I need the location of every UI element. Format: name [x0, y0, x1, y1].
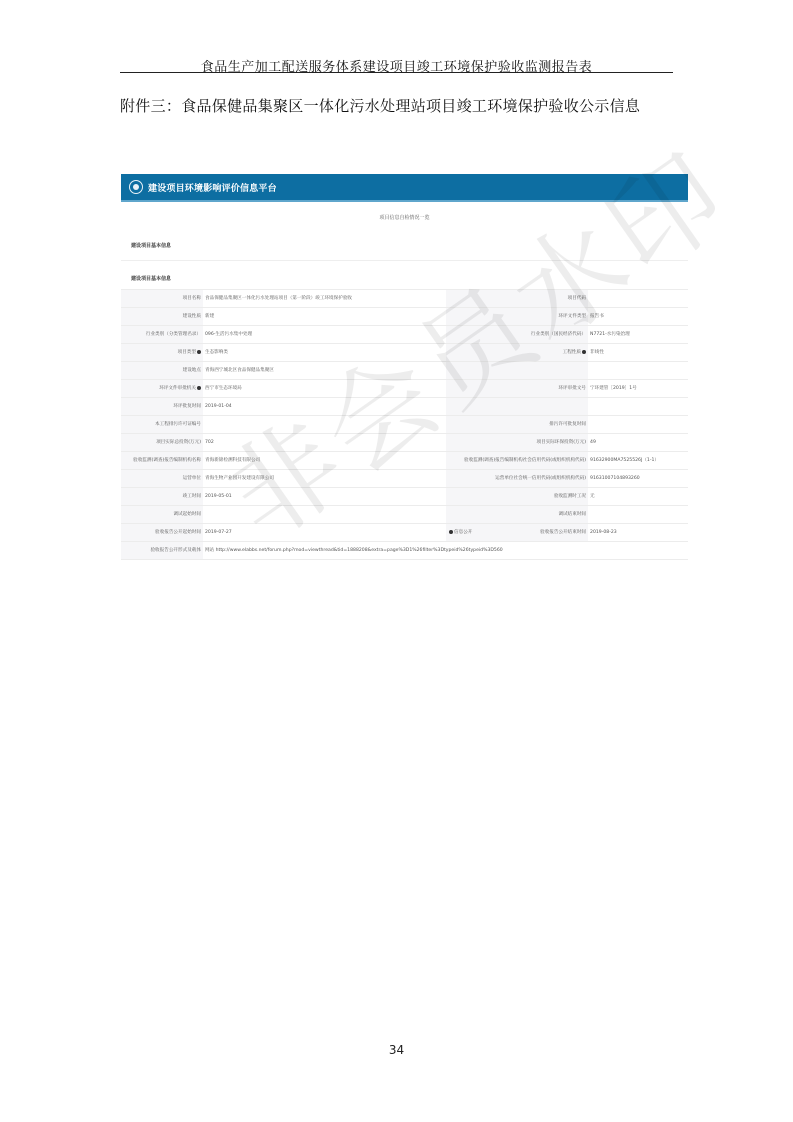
page-subtitle: 项目信息自检情况一览 — [121, 214, 688, 222]
field-label-cell: 工程性质 — [446, 344, 588, 362]
table-row: 建设地点青海西宁城北区食品保健品集聚区 — [121, 362, 688, 380]
field-label-cell: 排污许可批复时间 — [446, 416, 588, 434]
field-value — [588, 506, 688, 524]
field-label: 验收报告公开形式及载体 — [121, 542, 203, 560]
table-row: 行业类别（分类管理名录）096-生活污水集中处理行业类别（国民经济代码）N772… — [121, 326, 688, 344]
field-value — [203, 506, 446, 524]
help-icon[interactable] — [197, 350, 201, 354]
field-value: 702 — [203, 434, 446, 452]
field-value: 宁环建管［2019］1号 — [588, 380, 688, 398]
section-heading: 建设项目基本信息 — [121, 275, 688, 283]
header-rule — [120, 72, 673, 73]
national-emblem-icon — [129, 180, 143, 194]
table-row: 项目实际总投资(万元)702项目实际环保投资(万元)49 — [121, 434, 688, 452]
field-value: 报告书 — [588, 308, 688, 326]
field-label-cell: 验收监测时工况 — [446, 488, 588, 506]
field-label-cell: 环评文件类型 — [446, 308, 588, 326]
field-label-cell: 运营单位社会统一信用代码(或组织机构代码) — [446, 470, 588, 488]
platform-title: 建设项目环境影响评价信息平台 — [148, 181, 277, 194]
field-value: 食品保健品集聚区一体化污水处理站项目（第一阶段）竣工环境保护验收 — [203, 290, 446, 308]
field-label-cell: 项目代码 — [446, 290, 588, 308]
field-label: 环评文件审批机关 — [121, 380, 203, 398]
field-label-cell: 环评审批文号 — [446, 380, 588, 398]
field-label: 建设性质 — [121, 308, 203, 326]
field-value: 49 — [588, 434, 688, 452]
table-row: 环评文件审批机关西宁市生态环境局环评审批文号宁环建管［2019］1号 — [121, 380, 688, 398]
field-value: 青海生物产业园开发建设有限公司 — [203, 470, 446, 488]
help-icon[interactable] — [197, 386, 201, 390]
field-value: 西宁市生态环境局 — [203, 380, 446, 398]
embedded-screenshot: 建设项目环境影响评价信息平台 项目信息自检情况一览 建设项目基本信息 建设项目基… — [121, 174, 688, 584]
table-row: 验收监测(调查)报告编制机构名称青海新锦检测科技有限公司验收监测(调查)报告编制… — [121, 452, 688, 470]
field-label-cell: 项目实际环保投资(万元) — [446, 434, 588, 452]
field-value: 096-生活污水集中处理 — [203, 326, 446, 344]
field-label-cell: 信息公开验收报告公开结束时间 — [446, 524, 588, 542]
divider — [121, 260, 688, 261]
field-label: 运营单位 — [121, 470, 203, 488]
field-value: 91631007104893260 — [588, 470, 688, 488]
table-row: 本工程排污许可证编号排污许可批复时间 — [121, 416, 688, 434]
field-value: 青海新锦检测科技有限公司 — [203, 452, 446, 470]
platform-topbar: 建设项目环境影响评价信息平台 — [121, 174, 688, 202]
table-row: 调试起始时间调试结束时间 — [121, 506, 688, 524]
field-label: 环评批复时间 — [121, 398, 203, 416]
field-label-cell: 行业类别（国民经济代码） — [446, 326, 588, 344]
field-value: 2019-05-01 — [203, 488, 446, 506]
field-value: 非线性 — [588, 344, 688, 362]
field-label: 验收监测(调查)报告编制机构名称 — [121, 452, 203, 470]
field-label: 验收报告公开起始时间 — [121, 524, 203, 542]
field-value: N7721-水污染治理 — [588, 326, 688, 344]
field-value: 青海西宁城北区食品保健品集聚区 — [203, 362, 446, 380]
field-label: 项目类型 — [121, 344, 203, 362]
table-row: 验收报告公开形式及载体网站 http://www.elabbs.net/foru… — [121, 542, 688, 560]
field-value — [588, 290, 688, 308]
field-value — [588, 416, 688, 434]
field-label: 调试起始时间 — [121, 506, 203, 524]
appendix-title: 附件三：食品保健品集聚区一体化污水处理站项目竣工环境保护验收公示信息 — [120, 95, 640, 116]
help-icon[interactable] — [582, 350, 586, 354]
project-info-table: 项目名称食品保健品集聚区一体化污水处理站项目（第一阶段）竣工环境保护验收项目代码… — [121, 289, 688, 560]
field-value — [203, 416, 446, 434]
field-value: 网站 http://www.elabbs.net/forum.php?mod=v… — [203, 542, 688, 560]
field-label: 建设地点 — [121, 362, 203, 380]
field-value: 无 — [588, 488, 688, 506]
table-row: 项目名称食品保健品集聚区一体化污水处理站项目（第一阶段）竣工环境保护验收项目代码 — [121, 290, 688, 308]
table-row: 项目类型生态影响类工程性质非线性 — [121, 344, 688, 362]
field-label-cell — [446, 398, 588, 416]
info-icon — [449, 530, 453, 534]
field-value — [588, 398, 688, 416]
table-row: 验收报告公开起始时间2019-07-27信息公开验收报告公开结束时间2019-0… — [121, 524, 688, 542]
field-value: 2019-08-23 — [588, 524, 688, 542]
section-heading: 建设项目基本信息 — [121, 242, 688, 250]
field-value: 2019-01-04 — [203, 398, 446, 416]
field-label-cell — [446, 362, 588, 380]
table-row: 运营单位青海生物产业园开发建设有限公司运营单位社会统一信用代码(或组织机构代码)… — [121, 470, 688, 488]
field-value: 2019-07-27 — [203, 524, 446, 542]
table-row: 竣工时间2019-05-01验收监测时工况无 — [121, 488, 688, 506]
field-label-cell: 验收监测(调查)报告编制机构社会信用代码(或组织机构代码) — [446, 452, 588, 470]
page-number: 34 — [0, 1043, 793, 1057]
field-label: 行业类别（分类管理名录） — [121, 326, 203, 344]
field-label: 项目实际总投资(万元) — [121, 434, 203, 452]
table-row: 建设性质新建环评文件类型报告书 — [121, 308, 688, 326]
field-value — [588, 362, 688, 380]
field-label-cell: 调试结束时间 — [446, 506, 588, 524]
field-label: 本工程排污许可证编号 — [121, 416, 203, 434]
field-value: 91632900MA7525526J（1-1） — [588, 452, 688, 470]
table-row: 环评批复时间2019-01-04 — [121, 398, 688, 416]
field-label: 竣工时间 — [121, 488, 203, 506]
field-value: 生态影响类 — [203, 344, 446, 362]
field-label: 项目名称 — [121, 290, 203, 308]
field-value: 新建 — [203, 308, 446, 326]
